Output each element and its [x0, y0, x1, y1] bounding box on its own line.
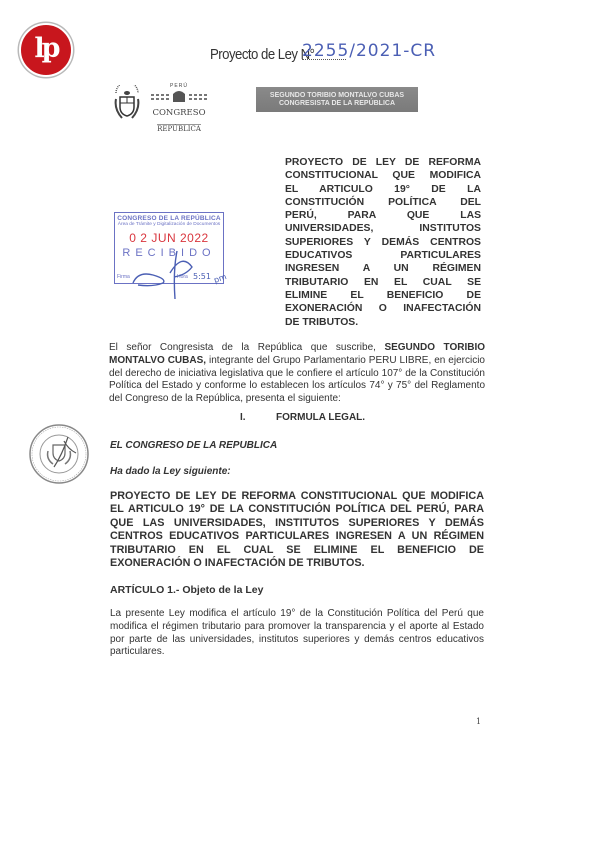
article-1-heading: ARTÍCULO 1.- Objeto de la Ley [110, 584, 263, 596]
title-line: DE TRIBUTOS. [285, 316, 481, 329]
intro-lead: El señor Congresista de la República que… [109, 342, 384, 353]
title-line: INGRESEN A UN RÉGIMEN [285, 262, 481, 275]
congreso-logo: PERÚ CONGRESO REPÚBLICA [150, 83, 208, 128]
title-line: EDUCATIVOS PARTICULARES [285, 249, 481, 262]
intro-paragraph: El señor Congresista de la República que… [109, 342, 485, 406]
title-line: PROYECTO DE LEY DE REFORMA [285, 156, 481, 169]
svg-text:pm: pm [213, 272, 228, 285]
banner-line-name: SEGUNDO TORIBIO MONTALVO CUBAS [256, 92, 418, 100]
page-number: 1 [476, 717, 481, 726]
congress-building-icon [151, 90, 207, 102]
law-title: PROYECTO DE LEY DE REFORMA CONSTITUCIONA… [110, 490, 484, 570]
bill-title-block: PROYECTO DE LEY DE REFORMA CONSTITUCIONA… [285, 156, 481, 329]
signature-icon: 5:51 pm [115, 213, 245, 303]
title-line: PERÚ, PARA QUE LAS [285, 209, 481, 222]
enactment-line-1: EL CONGRESO DE LA REPUBLICA [110, 440, 277, 451]
congressman-name-banner: SEGUNDO TORIBIO MONTALVO CUBAS CONGRESIS… [256, 87, 418, 112]
enactment-line-2: Ha dado la Ley siguiente: [110, 466, 231, 477]
title-line: UNIVERSIDADES, INSTITUTOS [285, 222, 481, 235]
lp-logo-text: lp [34, 33, 57, 64]
title-line: TRIBUTARIO EN EL CUAL SE [285, 276, 481, 289]
svg-text:5:51: 5:51 [193, 272, 211, 281]
congreso-logo-sub: REPÚBLICA [157, 124, 201, 133]
reception-stamp: CONGRESO DE LA REPÚBLICA Área de Trámite… [114, 212, 224, 284]
article-1-text: La presente Ley modifica el artículo 19°… [110, 608, 484, 657]
article-1-body: La presente Ley modifica el artículo 19°… [110, 608, 484, 659]
project-number-handwritten: 2255/2021-CR [302, 41, 436, 61]
title-line: CONSTITUCIÓN POLÍTICA DEL [285, 196, 481, 209]
section-heading: I.FORMULA LEGAL. [240, 412, 365, 423]
project-number-label: Proyecto de Ley N° [210, 46, 314, 63]
peru-coat-of-arms-icon [113, 85, 141, 121]
title-line: SUPERIORES Y DEMÁS CENTROS [285, 236, 481, 249]
congreso-logo-top: PERÚ [150, 83, 208, 89]
project-number: Proyecto de Ley N° 2255/2021-CR [210, 46, 329, 64]
lp-logo: lp [19, 23, 73, 77]
section-title: FORMULA LEGAL. [276, 412, 365, 423]
congressman-seal-icon [28, 423, 90, 485]
title-line: EXONERACIÓN O INAFECTACIÓN [285, 302, 481, 315]
congreso-logo-name: CONGRESO [150, 109, 208, 118]
title-line: ELIMINE EL BENEFICIO DE [285, 289, 481, 302]
section-number: I. [240, 412, 276, 423]
title-line: CONSTITUCIONAL QUE MODIFICA [285, 169, 481, 182]
title-line: EL ARTICULO 19° DE LA [285, 183, 481, 196]
banner-line-title: CONGRESISTA DE LA REPÚBLICA [256, 100, 418, 108]
